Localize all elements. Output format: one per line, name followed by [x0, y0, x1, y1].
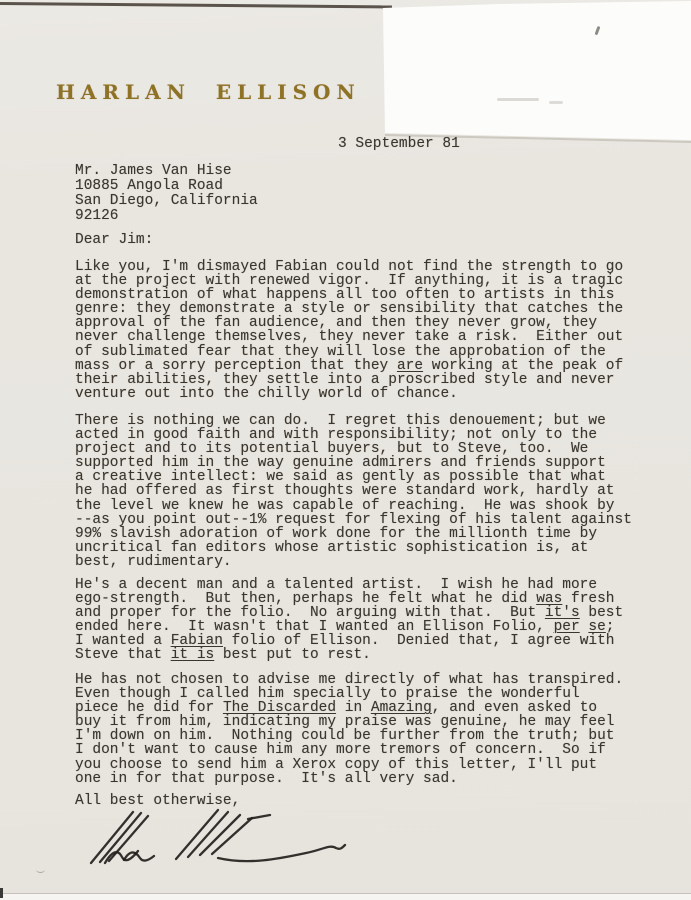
scan-speck-mark — [36, 866, 45, 873]
body-paragraph-1: Like you, I'm dismayed Fabian could not … — [75, 260, 623, 401]
scan-smudge — [549, 101, 563, 104]
letter-date: 3 September 81 — [338, 137, 460, 151]
body-paragraph-4: He has not chosen to advise me directly … — [75, 673, 623, 786]
letterhead-name: HARLAN ELLISON — [56, 80, 361, 104]
scan-bottom-edge — [0, 893, 691, 900]
scan-corner-mark — [0, 888, 3, 898]
scan-top-edge-line — [0, 2, 392, 8]
recipient-address: Mr. James Van Hise10885 Angola RoadSan D… — [75, 164, 258, 224]
signature-scrawl — [78, 802, 348, 872]
scanned-letter-page: HARLAN ELLISON 3 September 81 Mr. James … — [0, 0, 691, 900]
salutation: Dear Jim: — [75, 233, 153, 247]
body-paragraph-3: He's a decent man and a talented artist.… — [75, 578, 623, 663]
scan-white-patch — [0, 0, 691, 142]
scan-smudge — [497, 98, 539, 101]
body-paragraph-2: There is nothing we can do. I regret thi… — [75, 414, 632, 569]
